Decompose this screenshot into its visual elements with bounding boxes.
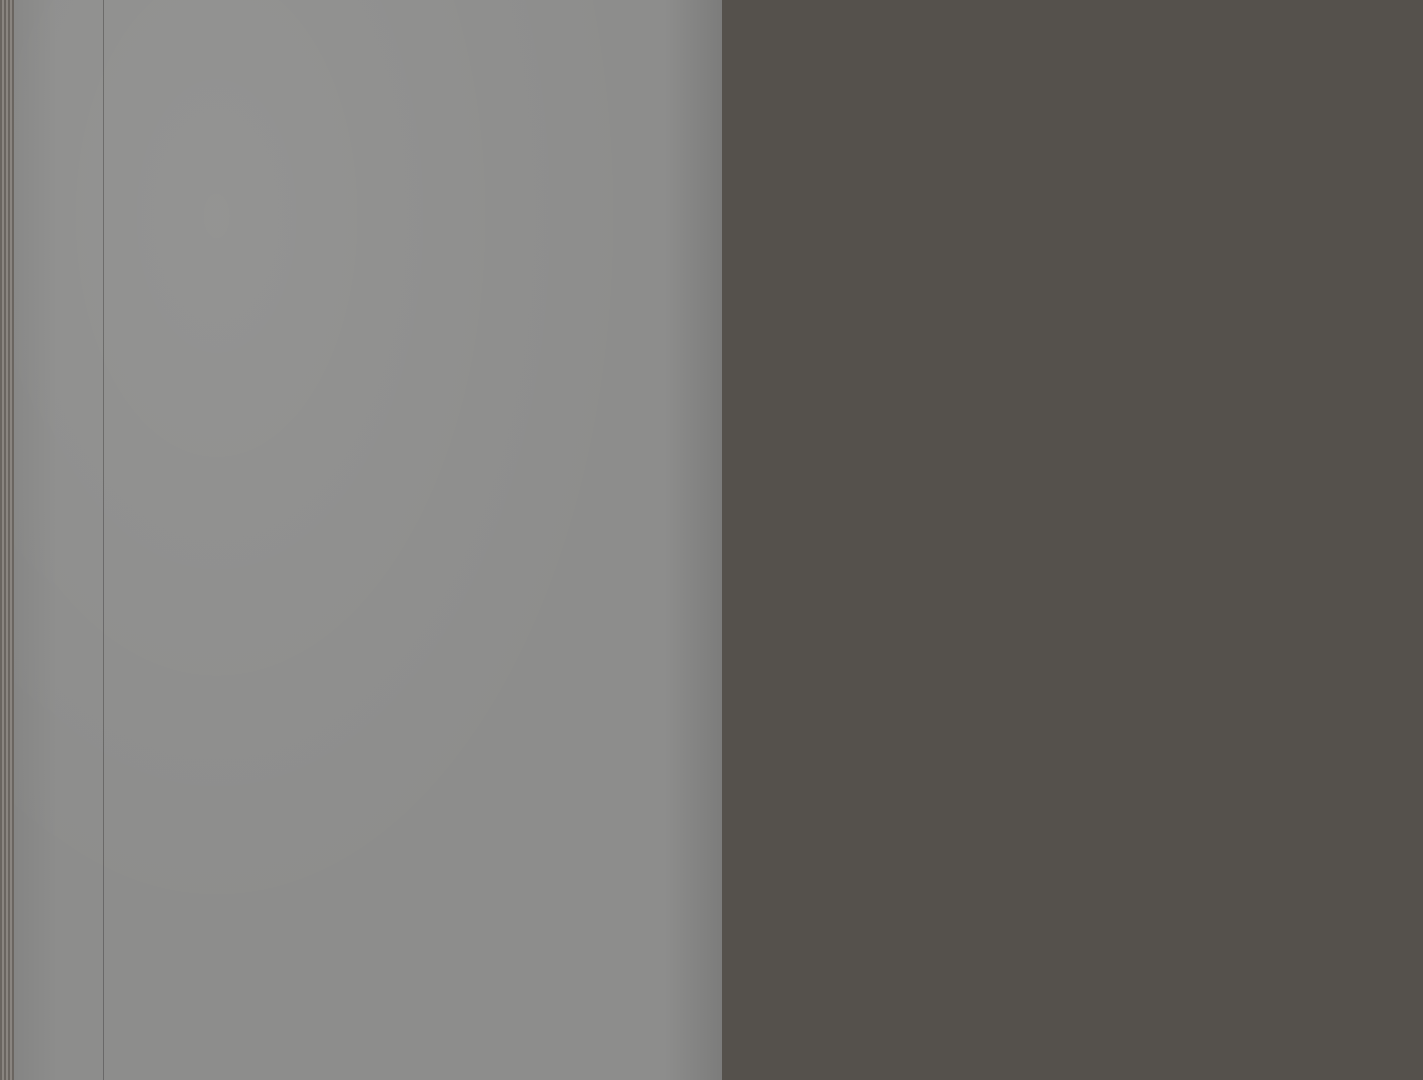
page-edge-stack — [0, 0, 14, 1080]
left-page — [0, 0, 722, 1080]
margin-rule — [103, 0, 104, 1080]
register-spread — [0, 0, 1423, 1080]
